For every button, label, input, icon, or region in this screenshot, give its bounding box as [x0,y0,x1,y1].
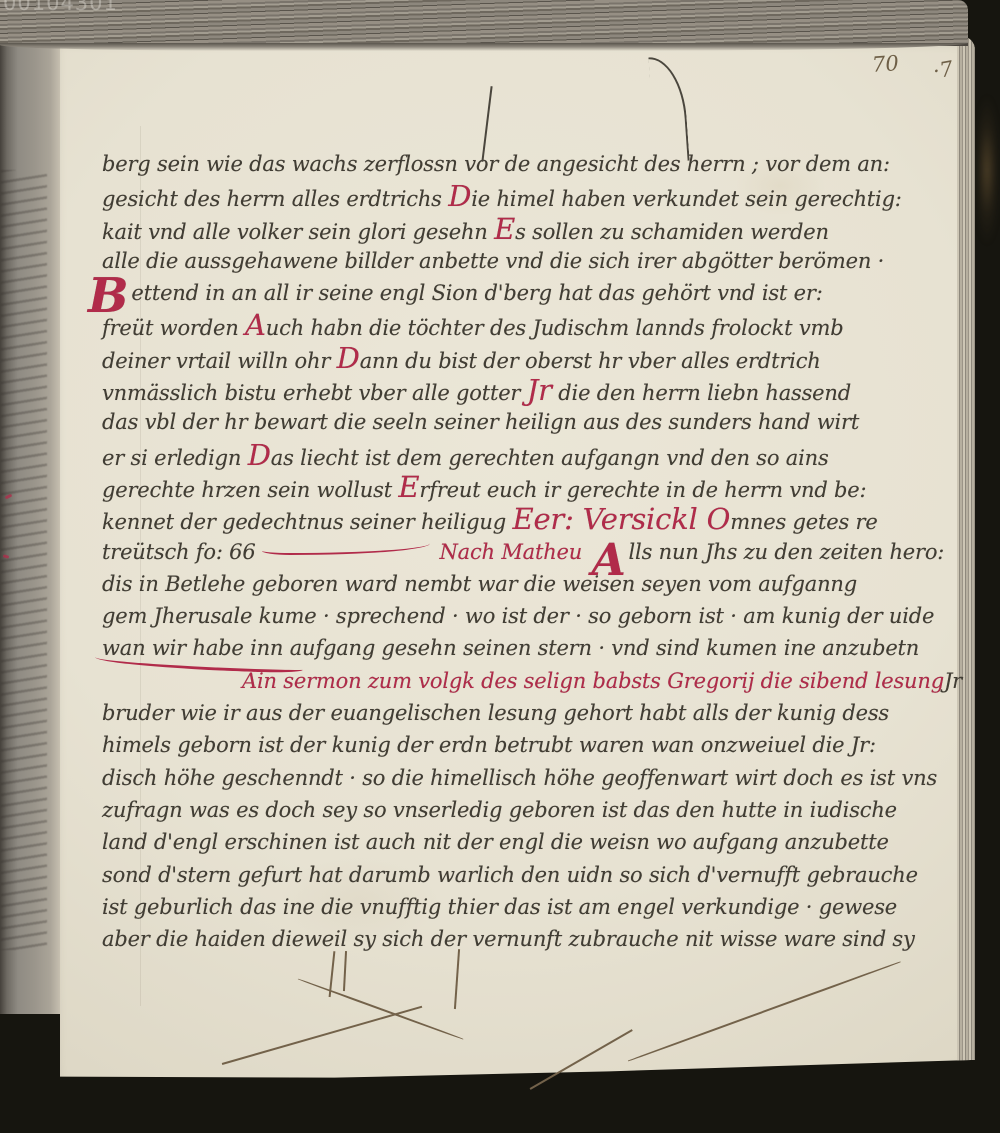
text-segment: alle die aussgehawene billder anbette vn… [102,249,884,273]
text-segment: rfreut euch ir gerechte in de herrn vnd … [419,478,866,502]
rubric-segment: D [248,438,271,472]
rubric-segment: A [245,308,266,342]
rubric-segment: E [398,470,419,504]
rubric-segment: D [337,341,360,375]
rubric-segment: Eer: Versickl [512,502,706,536]
text-line: disch höhe geschenndt · so die himellisc… [102,762,942,794]
text-segment: berg sein wie das wachs zerflossn vor de… [102,152,890,176]
text-segment: ann du bist der oberst hr vber alles erd… [360,349,821,373]
text-segment: land d'engl erschinen ist auch nit der e… [102,830,889,854]
gutter-red-fleck [3,554,10,558]
rubric-segment: Ain sermon zum volgk des selign babsts G… [242,669,944,693]
text-segment: gesicht des herrn alles erdtrichs [102,187,448,211]
rubric-segment: E [494,212,515,246]
text-segment: ist geburlich das ine die vnufftig thier… [102,895,897,919]
text-segment: kennet der gedechtnus seiner heiligug [102,510,512,534]
text-segment: as liecht ist dem gerechten aufgangn vnd… [271,446,829,470]
text-line: das vbl der hr bewart die seeln seiner h… [102,406,942,438]
text-segment: aber die haiden dieweil sy sich der vern… [102,927,915,951]
book-top-edge [0,0,968,46]
text-segment: wan wir habe inn aufgang gesehn seinen s… [102,636,919,660]
text-block: berg sein wie das wachs zerflossn vor de… [102,148,942,955]
text-segment: das vbl der hr bewart die seeln seiner h… [102,410,859,434]
rubric-segment: Jr [527,373,552,407]
text-segment: zufragn was es doch sey so vnserledig ge… [102,798,897,822]
text-line: er si erledign Das liecht ist dem gerech… [102,439,942,471]
gutter-red-fleck [5,494,13,500]
text-segment: ie himel haben verkundet sein gerechtig: [471,187,901,211]
folio-number-edge-fragment: ·7 [931,56,955,83]
rubric-segment: D [448,179,471,213]
text-line: sond d'stern gefurt hat darumb warlich d… [102,859,942,891]
text-line: Bettend in an all ir seine engl Sion d'b… [102,277,942,309]
text-line: deiner vrtail willn ohr Dann du bist der… [102,342,942,374]
text-line: ist geburlich das ine die vnufftig thier… [102,891,942,923]
text-segment: vnmässlich bistu erhebt vber alle gotter [102,381,527,405]
text-segment: die den herrn liebn hassend [552,381,851,405]
text-line: kait vnd alle volker sein glori gesehn E… [102,213,942,245]
top-right-background-corner [972,0,1000,16]
text-segment: mnes getes re [730,510,877,534]
text-line: treütsch fo: 66Nach Matheu Alls nun Jhs … [102,536,942,568]
text-segment: sond d'stern gefurt hat darumb warlich d… [102,863,918,887]
text-line: zufragn was es doch sey so vnserledig ge… [102,794,942,826]
text-line: gem Jherusale kume · sprechend · wo ist … [102,600,942,632]
manuscript-page: 70 ·7 berg sein wie das wachs zerflossn … [60,36,975,1085]
text-line: gerechte hrzen sein wollust Erfreut euch… [102,471,942,503]
text-line: dis in Betlehe geboren ward nembt war di… [102,568,942,600]
rubric-segment [262,543,430,555]
background-blob [974,95,1000,245]
text-segment: freüt worden [102,316,245,340]
text-line: vnmässlich bistu erhebt vber alle gotter… [102,374,942,406]
text-line: land d'engl erschinen ist auch nit der e… [102,826,942,858]
text-segment: kait vnd alle volker sein glori gesehn [102,220,494,244]
text-segment: ettend in an all ir seine engl Sion d'be… [131,281,822,305]
text-segment: gerechte hrzen sein wollust [102,478,398,502]
rubric-segment: Nach Matheu [440,540,589,564]
text-line: freüt worden Auch habn die töchter des J… [102,309,942,341]
text-segment: s sollen zu schamiden werden [515,220,829,244]
rubric-segment: O [707,502,731,536]
text-segment: Jr [944,669,962,693]
text-line: aber die haiden dieweil sy sich der vern… [102,923,942,955]
text-line: alle die aussgehawene billder anbette vn… [102,245,942,277]
folio-number: 70 [871,51,899,77]
fore-edge-page-stack [957,36,975,1085]
book-gutter [0,40,64,1014]
text-segment: treütsch fo: 66 [102,540,256,564]
text-segment: deiner vrtail willn ohr [102,349,337,373]
scanner-watermark: 00104301 [3,0,118,15]
text-line: berg sein wie das wachs zerflossn vor de… [102,148,942,180]
text-segment: bruder wie ir aus der euangelischen lesu… [102,701,889,725]
text-line: kennet der gedechtnus seiner heiligug Ee… [102,503,942,535]
text-segment: himels geborn ist der kunig der erdn bet… [102,733,876,757]
text-segment: disch höhe geschenndt · so die himellisc… [102,766,937,790]
text-line: bruder wie ir aus der euangelischen lesu… [102,697,942,729]
text-segment: uch habn die töchter des Judischm lannds… [266,316,844,340]
text-line: himels geborn ist der kunig der erdn bet… [102,729,942,761]
text-segment: gem Jherusale kume · sprechend · wo ist … [102,604,934,628]
text-segment: lls nun Jhs zu den zeiten hero: [629,540,945,564]
text-segment: er si erledign [102,446,248,470]
text-line: gesicht des herrn alles erdtrichs Die hi… [102,180,942,212]
text-segment: dis in Betlehe geboren ward nembt war di… [102,572,857,596]
manuscript-scan-viewport: { "scan": { "watermark": "00104301", "fo… [0,0,1000,1133]
